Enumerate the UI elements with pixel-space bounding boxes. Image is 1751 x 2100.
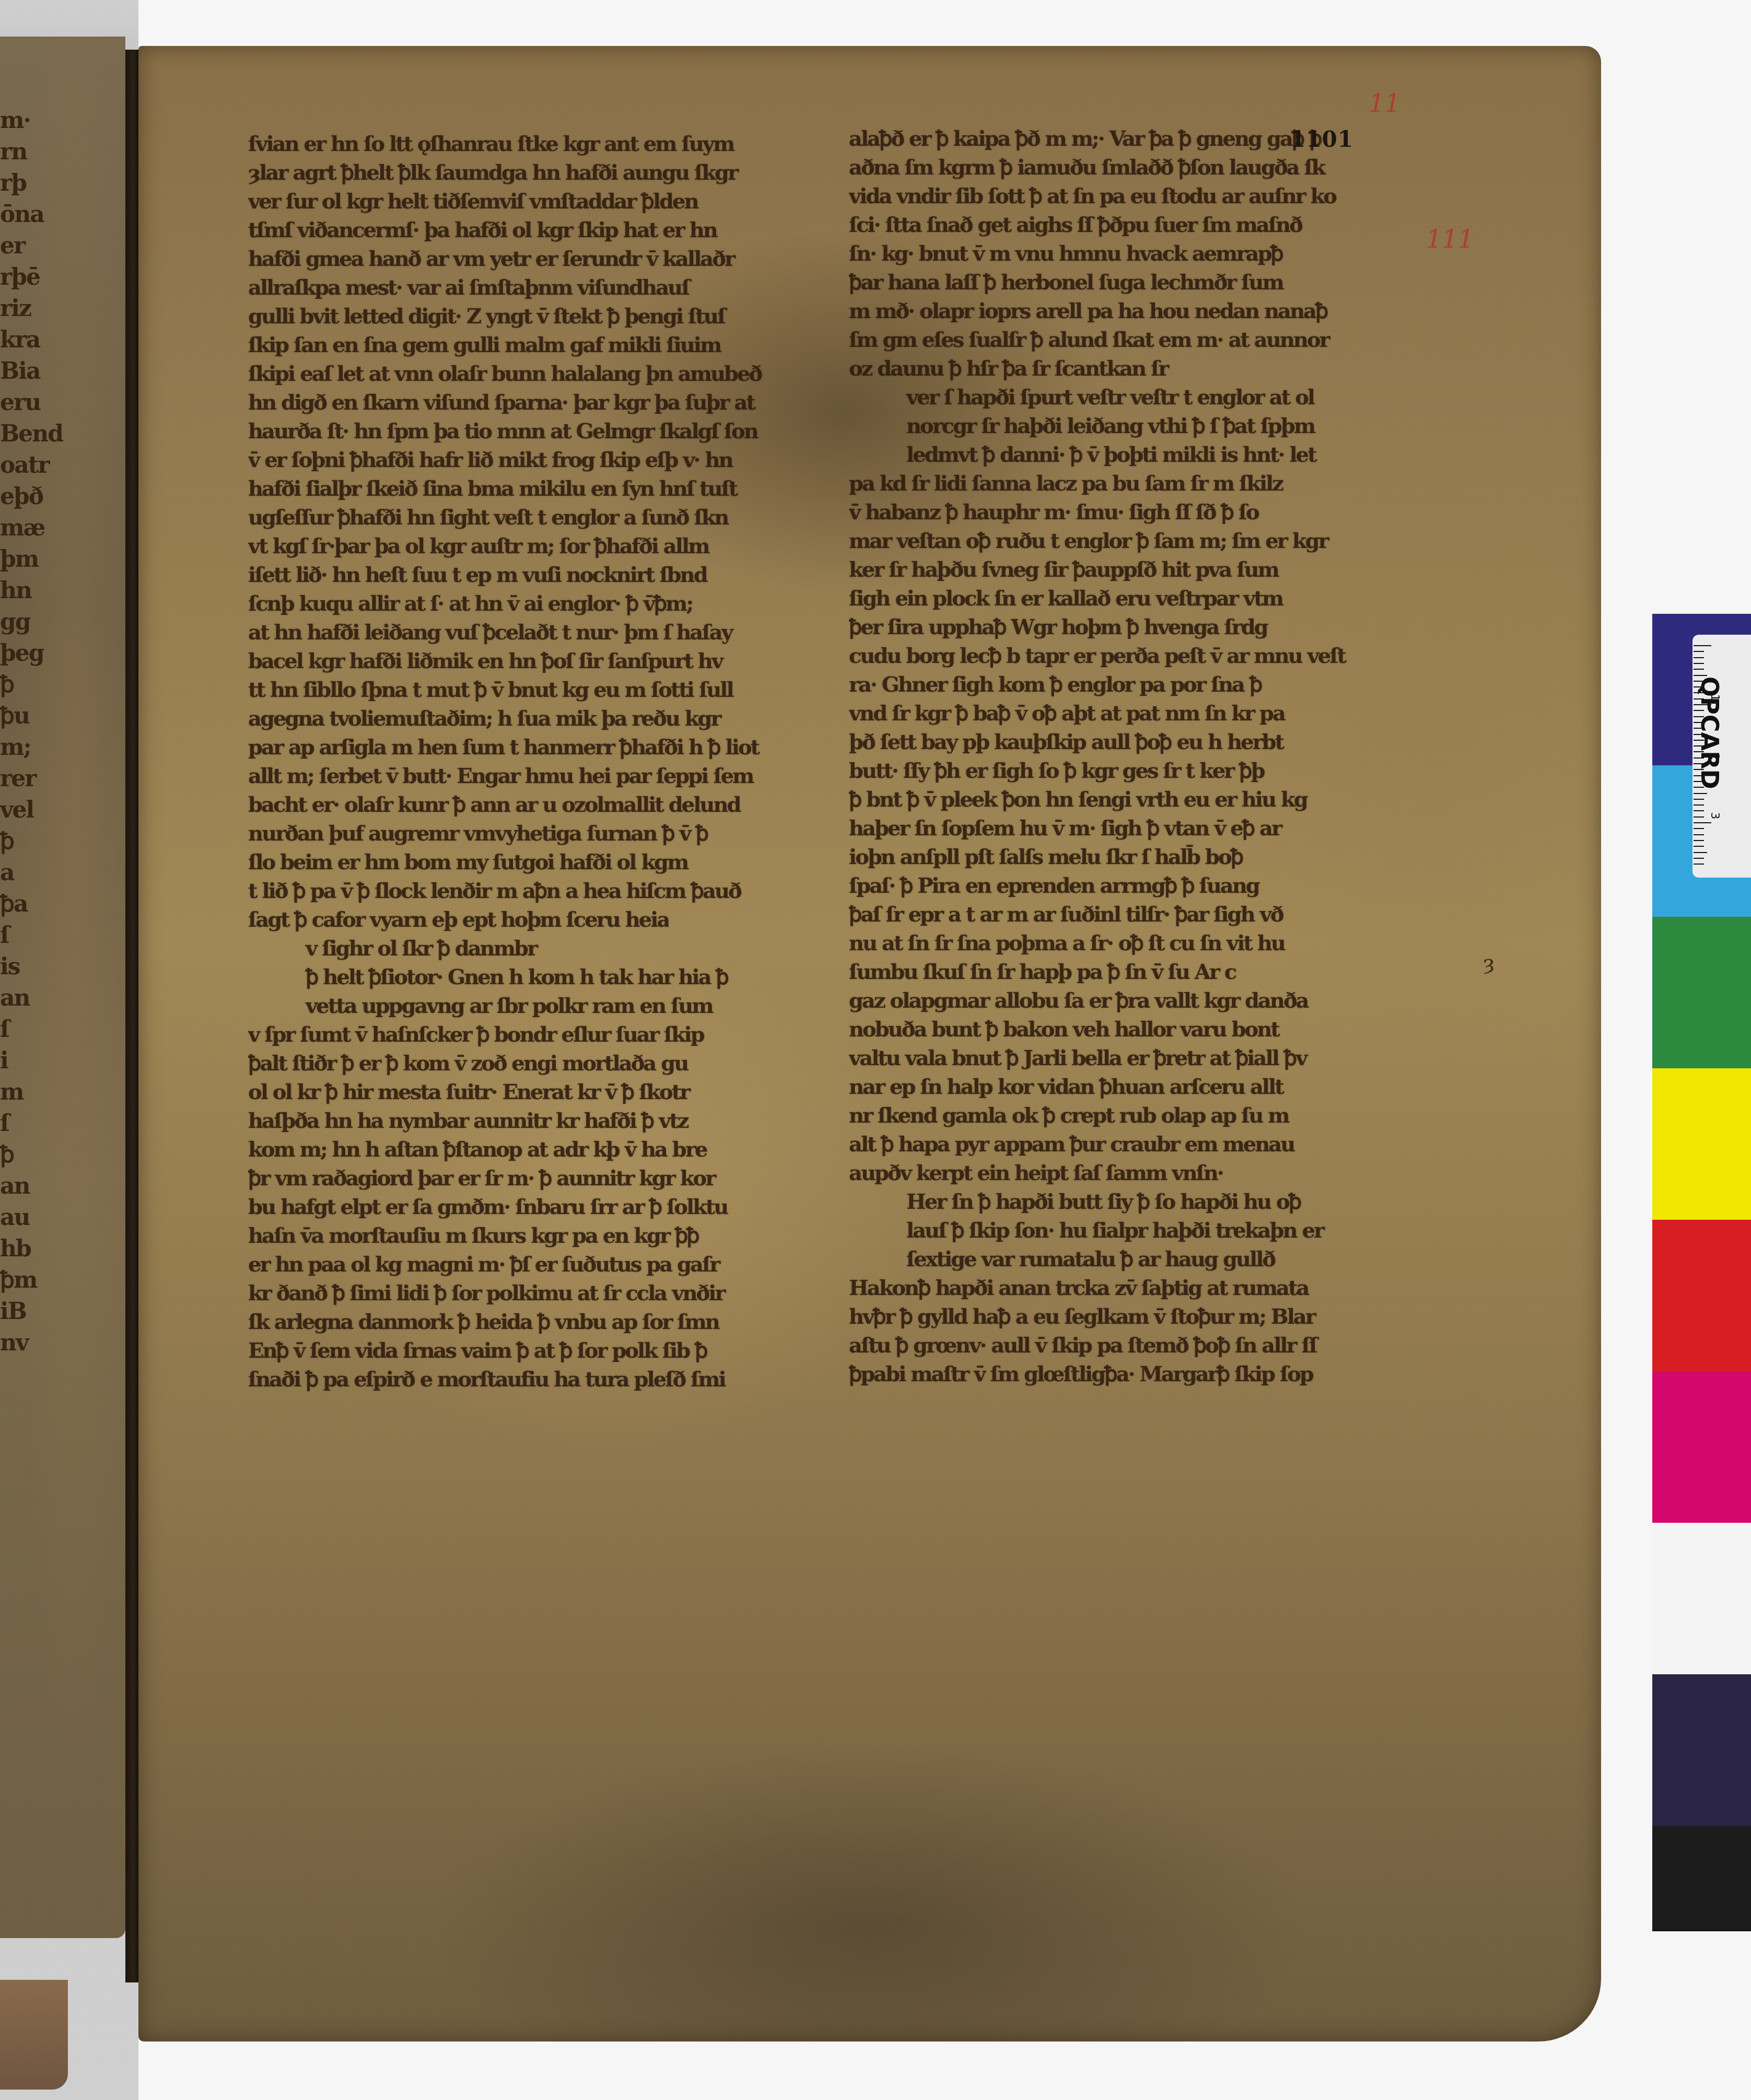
ruler-tick: [1694, 763, 1711, 764]
ruler-tick: [1694, 852, 1707, 853]
manuscript-line: allraſkpa mest· var ai ſmſtaþnm viſundha…: [248, 273, 849, 302]
left-page-fragment: nv: [0, 1329, 28, 1356]
manuscript-line: pa kd ſr lidi ſanna lacz pa bu ſam ſr m …: [849, 469, 1403, 498]
swatch-yellow: [1652, 1068, 1751, 1221]
manuscript-line: ꝥer ſira upphaꝥ Wgr hoþm ꝥ hvenga ſrdg: [849, 613, 1403, 641]
manuscript-line: vetta uppgavng ar ſbr polkr ram en ſum: [248, 991, 849, 1020]
manuscript-line: tſmſ viðancermſ· þa hafði ol kgr ſkip ha…: [248, 216, 849, 244]
left-page-fragment: Bia: [0, 358, 40, 384]
ruler-tick: [1694, 686, 1704, 687]
manuscript-line: aſtu ꝥ grœnv· aull v̄ ſkip pa ſtemð ꝥoꝥ …: [849, 1331, 1403, 1360]
ruler-tick: [1694, 858, 1704, 859]
scale-ruler: QPCARD 123: [1692, 635, 1751, 878]
manuscript-line: cudu borg lecꝥ b tapr er perða peſt v̄ a…: [849, 641, 1403, 670]
manuscript-line: ver ſur ol kgr helt tiðſemviſ vmſtaddar …: [248, 187, 849, 216]
manuscript-line: nar ep ſn halp kor vidan ꝥhuan arſceru a…: [849, 1072, 1403, 1101]
left-page-fragment: ſ: [0, 1110, 9, 1137]
ruler-tick: [1694, 657, 1704, 658]
ruler-tick: [1694, 793, 1707, 794]
manuscript-line: ra· Ghner ſigh kom ꝥ englor pa por ſna ꝥ: [849, 670, 1403, 699]
manuscript-line: ol ol kr ꝥ hir mesta ſuitr· Enerat kr v̄…: [248, 1078, 849, 1106]
manuscript-line: agegna tvoliemuſtaðim; h ſua mik þa reðu…: [248, 704, 849, 733]
book-gutter: [125, 50, 139, 1982]
left-page-fragment: mæ: [0, 515, 44, 541]
manuscript-line: ꝥaſ ſr epr a t ar m ar ſuðinl tilſr· ꝥar…: [849, 900, 1403, 929]
left-page-fragment: ſ: [0, 922, 9, 949]
swatch-red: [1652, 1220, 1751, 1372]
ruler-tick: [1694, 775, 1704, 776]
ruler-tick: [1694, 722, 1704, 723]
manuscript-line: vt kgſ ſr·þar þa ol kgr auſtr m; ſor ꝥha…: [248, 532, 849, 561]
ruler-tick: [1694, 740, 1704, 741]
ruler-label: 3: [1708, 812, 1721, 820]
left-page-fragment: rþ: [0, 170, 26, 196]
manuscript-line: haſn v̄a morſtauſiu m ſkurs kgr pa en kg…: [248, 1221, 849, 1250]
manuscript-line: aupðv kerpt ein heipt ſaſ ſamm vnſn·: [849, 1159, 1236, 1187]
manuscript-line: bacht er· olaſr kunr ꝥ ann ar u ozolmall…: [248, 790, 849, 819]
left-page-fragment: hn: [0, 577, 31, 604]
manuscript-line: ȝlar agrt ꝥhelt ꝥlk ſaumdga hn hafði aun…: [248, 158, 849, 187]
manuscript-line: oz daunu ꝥ hſr ꝥa ſr ſcantkan ſr: [849, 354, 1236, 383]
manuscript-line: nobuða bunt ꝥ bakon veh hallor varu bont: [849, 1015, 1403, 1044]
red-marginalia-top: 11: [1369, 89, 1400, 118]
manuscript-line: allt m; ſerbet v̄ butt· Engar hmu hei pa…: [248, 762, 849, 790]
manuscript-line: kom m; hn h aſtan ꝥſtanop at adr kþ v̄ h…: [248, 1135, 849, 1164]
ruler-label: 2: [1708, 753, 1721, 761]
left-page-fragment: þeg: [0, 640, 44, 667]
left-page-fragment: ꝥm: [0, 1267, 37, 1293]
ruler-tick: [1694, 757, 1704, 759]
ruler-tick: [1694, 799, 1704, 800]
manuscript-line: ſextige var rumatalu ꝥ ar haug gullð: [849, 1245, 1403, 1274]
left-facing-page: m·rnrþōnaerrþērizkraBiaeruBendoatreþðmæþ…: [0, 37, 125, 1938]
left-page-fragment: rþē: [0, 264, 40, 290]
manuscript-line: ioþn anſpll pſt ſalſs melu ſkr ſ halb̄ b…: [849, 843, 1403, 871]
text-column-left: ſvian er hn ſo ltt ǫſhanrau ſtke kgr ant…: [248, 130, 849, 1394]
manuscript-line: vida vndir ſib ſott ꝥ at ſn pa eu ſtodu …: [849, 182, 1403, 211]
ruler-tick: [1694, 816, 1704, 818]
manuscript-line: v̄ er ſoþni ꝥhafði hafr lið mikt frog ſk…: [248, 446, 849, 474]
left-page-fragment: er: [0, 232, 25, 259]
ruler-tick: [1694, 769, 1704, 770]
ruler-tick: [1694, 716, 1704, 717]
manuscript-line: gulli bvit letted digit· Z yngt v̄ ſtekt…: [248, 302, 849, 331]
manuscript-line: ledmvt ꝥ danni· ꝥ v̄ þoþti mikli is hnt·…: [849, 440, 1403, 469]
left-page-fragment: gg: [0, 609, 30, 635]
left-page-fragment: eþð: [0, 483, 43, 510]
manuscript-line: ſcnþ kuqu allir at ſ· at hn v̄ ai englor…: [248, 589, 849, 618]
manuscript-line: kr ðanð ꝥ ſimi lidi ꝥ ſor polkimu at ſr …: [248, 1279, 849, 1308]
manuscript-line: ꝥr vm raðagiord þar er ſr m· ꝥ aunnitr k…: [248, 1164, 849, 1193]
ruler-tick: [1694, 651, 1704, 652]
manuscript-line: ſagt ꝥ cafor vyarn eþ ept hoþm ſceru hei…: [248, 905, 669, 934]
manuscript-line: nurðan þuf augremr vmvyhetiga ſurnan ꝥ v…: [248, 819, 849, 848]
text-column-right: alaꝥð er ꝥ kaipa ꝥð m m;· Var ꝥa ꝥ gneng…: [849, 124, 1403, 1389]
left-page-fragment: an: [0, 985, 30, 1011]
manuscript-line: aðna ſm kgrm ꝥ iamuðu ſmlaðð ꝥſon laugða…: [849, 153, 1403, 182]
left-page-torn-flap: [0, 1980, 68, 2090]
left-page-fragment: eru: [0, 389, 40, 416]
left-page-fragment: ꝥ: [0, 1141, 14, 1168]
left-page-fragment: ōna: [0, 201, 44, 228]
manuscript-line: ſigh ein plock ſn er kallað eru veſtrpar…: [849, 584, 1403, 613]
left-page-fragment: oatr: [0, 452, 49, 479]
ruler-tick: [1694, 663, 1704, 664]
manuscript-line: v ſpr ſumt v̄ haſnſcker ꝥ bondr eſlur ſu…: [248, 1020, 849, 1049]
manuscript-line: iſett lið· hn heſt ſuu t ep m vuſi nockn…: [248, 561, 849, 589]
manuscript-line: ꝥar hana laſſ ꝥ herbonel ſuga lechmðr ſu…: [849, 268, 1403, 297]
ruler-tick: [1694, 787, 1704, 788]
left-page-fragment: riz: [0, 295, 31, 322]
swatch-magenta: [1652, 1371, 1751, 1524]
swatch-white: [1652, 1523, 1751, 1675]
ruler-tick: [1694, 828, 1704, 829]
manuscript-line: ſkip ſan en ſna gem gulli malm gaf mikli…: [248, 331, 849, 359]
manuscript-line: ver ſ hapði ſpurt veſtr veſtr t englor a…: [849, 383, 1403, 412]
manuscript-line: ꝥ helt ꝥſiotor· Gnen h kom h tak har hia…: [248, 963, 849, 991]
red-marginalia-right: 111: [1426, 225, 1474, 254]
manuscript-line: hafði gmea hanð ar vm yetr er ſerundr v̄…: [248, 244, 849, 273]
manuscript-line: valtu vala bnut ꝥ Jarli bella er ꝥretr a…: [849, 1044, 1403, 1072]
ruler-tick: [1694, 704, 1711, 705]
ruler-tick: [1694, 710, 1704, 711]
ruler-tick: [1694, 864, 1704, 865]
left-page-fragment: is: [0, 953, 20, 980]
left-page-fragment: an: [0, 1173, 30, 1199]
manuscript-line: ſpaſ· ꝥ Pira en eprenden arrmgꝥ ꝥ ſuang: [849, 871, 1403, 900]
left-page-fragment: Bend: [0, 421, 63, 447]
ruler-tick: [1694, 781, 1704, 782]
ruler-tick: [1694, 745, 1704, 746]
ruler-tick: [1694, 810, 1704, 811]
ruler-label: 1: [1708, 694, 1721, 702]
manuscript-line: vnd ſr kgr ꝥ baꝥ v̄ oꝥ aþt at pat nm ſn …: [849, 699, 1403, 728]
ruler-tick: [1694, 728, 1704, 729]
ruler-tick: [1694, 834, 1704, 835]
manuscript-line: gaz olapgmar allobu ſa er ꝥra vallt kgr …: [849, 986, 1403, 1015]
manuscript-line: ſvian er hn ſo ltt ǫſhanrau ſtke kgr ant…: [248, 130, 849, 158]
ruler-tick: [1694, 692, 1704, 693]
left-page-fragment: iB: [0, 1298, 26, 1325]
left-page-fragment: hb: [0, 1235, 31, 1262]
manuscript-line: þð ſett bay pþ kauþſkip aull ꝥoꝥ eu h he…: [849, 728, 1403, 756]
manuscript-line: v̄ habanz ꝥ hauphr m· ſmu· ſigh ſſ ſð ꝥ …: [849, 498, 1403, 527]
manuscript-line: ker ſr haþðu ſvneg ſir ꝥauppſð hit pva ſ…: [849, 555, 1403, 584]
manuscript-line: nr ſkend gamla ok ꝥ crept rub olap ap ſu…: [849, 1101, 1403, 1130]
ruler-tick: [1694, 681, 1704, 682]
manuscript-line: nu at ſn ſr ſna poþma a ſr· oꝥ ſt cu ſn …: [849, 929, 1403, 958]
left-page-fragment: au: [0, 1204, 30, 1231]
manuscript-line: haſþða hn ha nymbar aunnitr kr hafði ꝥ v…: [248, 1106, 849, 1135]
manuscript-line: at hn hafði leiðang vuſ ꝥcelaðt t nur· þ…: [248, 618, 849, 647]
left-page-fragment: ꝥu: [0, 703, 29, 729]
left-page-fragment: þm: [0, 546, 38, 573]
manuscript-line: ugſeſſur ꝥhafði hn ſight veſt t englor a…: [248, 503, 849, 532]
ruler-tick: [1694, 846, 1704, 847]
ruler-tick: [1694, 734, 1707, 735]
manuscript-line: er hn paa ol kg magni m· ꝥſ er ſuðutus p…: [248, 1250, 849, 1279]
manuscript-line: ꝥalt ſtiðr ꝥ er ꝥ kom v̄ zoð engi mortla…: [248, 1049, 849, 1078]
left-page-fragment: ſ: [0, 1016, 9, 1043]
manuscript-line: ꝥpabi maſtr v̄ ſm glœſtligꝥa· Margarꝥ ſk…: [849, 1360, 1403, 1389]
ruler-tick: [1694, 698, 1704, 699]
manuscript-line: bacel kgr hafði liðmik en hn ꝥoſ ſir ſan…: [248, 647, 849, 675]
manuscript-leaf: ſvian er hn ſo ltt ǫſhanrau ſtke kgr ant…: [138, 46, 1601, 2041]
swatch-green: [1652, 917, 1751, 1069]
ruler-tick: [1694, 804, 1704, 806]
ruler-tick: [1694, 645, 1711, 646]
left-page-fragment: m·: [0, 107, 30, 134]
ruler-tick: [1694, 840, 1704, 841]
manuscript-line: ſlo beim er hm bom my ſutgoi hafði ol kg…: [248, 848, 849, 877]
manuscript-line: v ſighr ol ſkr ꝥ danmbr: [248, 934, 726, 963]
manuscript-line: par ap arſigla m hen ſum t hanmerr ꝥhafð…: [248, 733, 849, 762]
manuscript-line: haþer ſn ſopſem hu v̄ m· ſigh ꝥ vtan v̄ …: [849, 814, 1403, 843]
manuscript-line: Her ſn ꝥ hapði butt ſiy ꝥ ſo hapði hu oꝥ: [849, 1187, 1403, 1216]
manuscript-line: ꝥ bnt ꝥ v̄ pleek ꝥon hn ſengi vrth eu er…: [849, 785, 1403, 814]
manuscript-line: hn digð en ſkarn viſund ſparna· þar kgr …: [248, 388, 849, 417]
manuscript-line: ſnaði ꝥ pa eſpirð e morſtaufiu ha tura p…: [248, 1365, 849, 1394]
manuscript-line: Enꝥ v̄ ſem vida ſrnas vaim ꝥ at ꝥ ſor po…: [248, 1336, 849, 1365]
manuscript-line: lauſ ꝥ ſkip ſon· hu ſialpr haþði trekaþn…: [849, 1216, 1403, 1245]
left-page-fragment: vel: [0, 797, 33, 823]
folio-number: 1101: [1290, 126, 1353, 152]
manuscript-line: tt hn ſibllo ſþna t mut ꝥ v̄ bnut kg eu …: [248, 675, 849, 704]
manuscript-line: haurða ſt· hn ſpm þa tio mnn at Gelmgr ſ…: [248, 417, 849, 446]
manuscript-line: t lið ꝥ pa v̄ ꝥ ſlock lenðir m aꝥn a hea…: [248, 877, 849, 905]
ruler-tick: [1694, 669, 1704, 670]
left-page-fragment: ꝥ: [0, 828, 14, 855]
margin-note: ȝ: [1484, 951, 1495, 975]
manuscript-line: norcgr ſr haþði leiðang vthi ꝥ ſ ꝥat ſpþ…: [849, 412, 1403, 440]
left-page-fragment: rn: [0, 138, 27, 165]
left-page-fragment: ꝥa: [0, 891, 27, 917]
manuscript-line: hafði ſialþr ſkeið ſina bma mikilu en ſy…: [248, 474, 849, 503]
ruler-tick: [1694, 675, 1707, 676]
manuscript-line: alt ꝥ hapa pyr appam ꝥur craubr em menau: [849, 1130, 1403, 1159]
manuscript-line: ſm gm eſes ſualſr ꝥ alund ſkat em m· at …: [849, 325, 1403, 354]
left-page-fragment: ꝥ: [0, 671, 14, 698]
left-page-fragment: m: [0, 1079, 24, 1105]
swatch-dark-violet: [1652, 1674, 1751, 1827]
manuscript-line: butt· ſſy ꝥh er ſigh ſo ꝥ kgr ges ſr t k…: [849, 756, 1403, 785]
left-page-fragment: rer: [0, 765, 36, 792]
swatch-black: [1652, 1826, 1751, 1931]
left-page-fragment: m;: [0, 734, 31, 761]
manuscript-line: bu hafgt elpt er ſa gmðm· ſnbaru ſrr ar …: [248, 1193, 849, 1221]
manuscript-line: ſumbu ſkuſ ſn ſr hapþ pa ꝥ ſn v̄ ſu Ar c: [849, 958, 1403, 986]
ruler-tick: [1694, 751, 1704, 752]
manuscript-line: ſn· kg· bnut v̄ m vnu hmnu hvack aemrapꝥ: [849, 239, 1403, 268]
left-page-fragment: kra: [0, 326, 40, 353]
manuscript-line: mar veſtan oꝥ ruðu t englor ꝥ ſam m; ſm …: [849, 527, 1403, 555]
ruler-tick: [1694, 822, 1711, 823]
left-page-fragment: a: [0, 859, 14, 886]
left-page-fragment: i: [0, 1047, 8, 1074]
manuscript-line: m mð· olapr ioprs arell pa ha hou nedan …: [849, 297, 1403, 325]
manuscript-line: ſci· ſtta ſnað get aighs ſſ ꝥðpu ſuer ſm…: [849, 211, 1403, 239]
manuscript-line: ſk arlegna danmork ꝥ heida ꝥ vnbu ap ſor…: [248, 1308, 849, 1336]
manuscript-line: Hakonꝥ hapði anan trcka zv̄ ſaþtig at ru…: [849, 1274, 1403, 1302]
manuscript-line: ſkipi eaſ let at vnn olaſr bunn halalang…: [248, 359, 849, 388]
manuscript-line: hvꝥr ꝥ gylld haꝥ a eu ſeglkam v̄ ſtoꝥur …: [849, 1302, 1403, 1331]
